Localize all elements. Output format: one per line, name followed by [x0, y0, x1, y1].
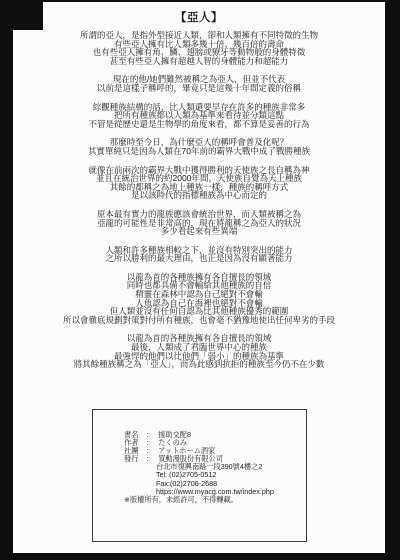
body-paragraph: 現在的他/她們雖然被稱之為亞人，但並不代表 以前是這樣子稱呼的，畢竟只是這幾十年… [13, 75, 385, 92]
body-paragraph: 以龍為首的各種族擁有各自擅長的領域 同時也都具備不會輸給其他種族的自信 精靈在森… [13, 273, 385, 325]
body-text: 【亞人】 所謂的亞人，是指外型接近人類，卻和人類擁有不同特徵的生物 有些亞人擁有… [13, 2, 385, 379]
colophon-colon: ： [146, 455, 153, 463]
page-title: 【亞人】 [13, 11, 385, 25]
body-line: 之所以勝利的最大理由，也正是因為沒有顯著能力 [13, 254, 385, 263]
body-paragraph: 原本最有實力的龍族應該會統治世界，而人類被稱之為 亞龍的可能性是非常高的，現在將… [13, 210, 385, 236]
body-line: 甚至有些亞人擁有超越人智的身體能力和超能力 [13, 57, 385, 66]
body-line: 以前是這樣子稱呼的，畢竟只是這幾十年間定義的俗稱 [13, 84, 385, 93]
copyright-note: ※版權所有，未經許可，不得轉載。 [124, 496, 306, 504]
body-paragraph: 就像在前兩次的霸界大戰中獲得勝利的天使族之長自稱為神 並且在統治世界的約2000… [13, 166, 385, 200]
body-paragraph: 綜觀種族結構的話，比人類還要早存在許多的種族非常多 把所有種族都以人類為基準來看… [13, 103, 385, 129]
body-paragraph: 以龍為首的各種族擁有各自擅長的領域 最後，人類成了君臨世界中心的種族 最強悍的他… [13, 334, 385, 368]
body-paragraph: 人類和許多種族相較之下，並沒有特別突出的能力 之所以勝利的最大理由，也正是因為沒… [13, 246, 385, 263]
body-line: 其實單純只是因為人類在70年前的霸界大戰中成了戰勝種族 [13, 147, 385, 156]
body-paragraph: 那麼時至今日，為什麼亞人的稱呼會普及化呢？ 其實單純只是因為人類在70年前的霸界… [13, 138, 385, 155]
body-line: 不管是從歷史還是生物學的角度來看，都不算是妥善的行為 [13, 120, 385, 129]
body-paragraph: 所謂的亞人，是指外型接近人類，卻和人類擁有不同特徵的生物 有些亞人擁有比人類多幾… [13, 31, 385, 65]
colophon-box: 書名 ： 援助交配8 作者 ： たくのみ 社團 ： アットホーム酒家 發行 ： … [92, 409, 307, 542]
body-line: 是以該時代的指標種族為中心而定的 [13, 191, 385, 200]
body-line: 多少看起來有些異端 [13, 227, 385, 236]
scanned-page: 【亞人】 所謂的亞人，是指外型接近人類，卻和人類擁有不同特徵的生物 有些亞人擁有… [13, 2, 385, 553]
body-line: 所以會徹底規劃對策對付所有種族，也會毫不猶豫地使出任何卑劣的手段 [13, 316, 385, 325]
body-line: 將其餘種族稱之為「亞人」，而為此感到抗拒的種族至今仍不在少數 [13, 360, 385, 369]
colophon-field-label: 發行 [124, 455, 140, 463]
scan-corner-artifact [0, 0, 43, 30]
